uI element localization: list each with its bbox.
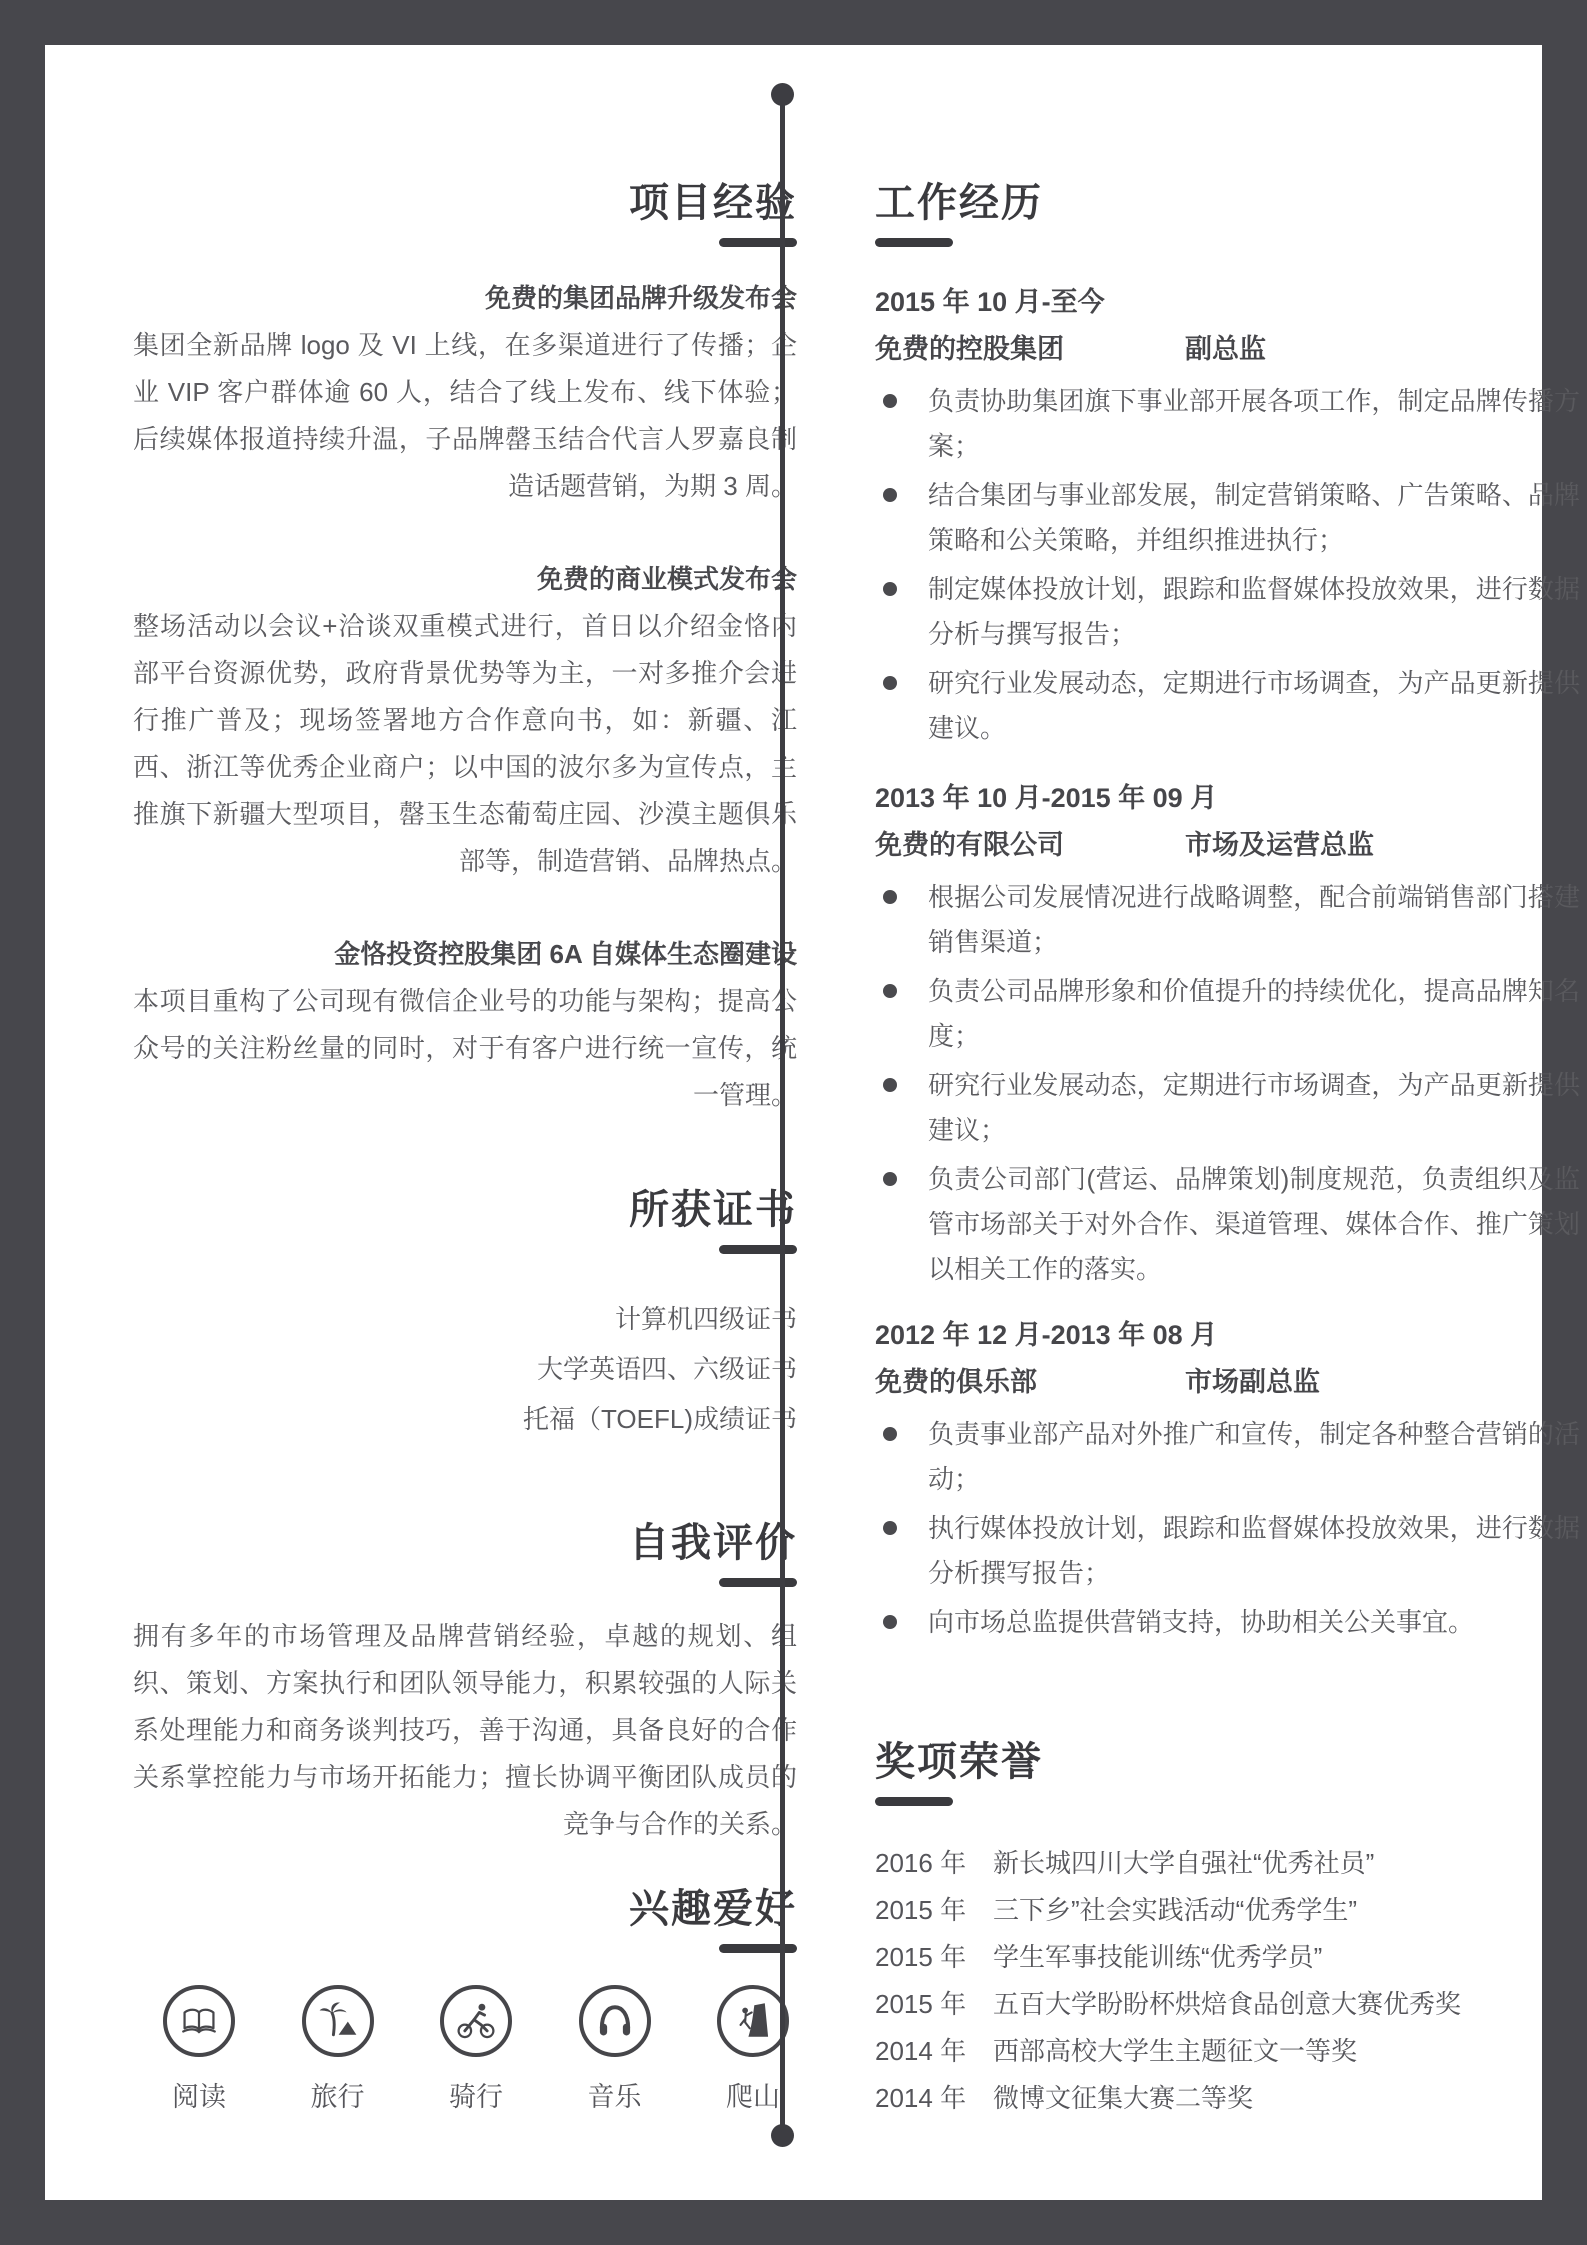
section-hobbies: 兴趣爱好 阅读 <box>133 1886 797 2114</box>
hobby-item: 音乐 <box>579 1985 651 2114</box>
award-text: 新长城四川大学自强社“优秀社员” <box>993 1840 1374 1887</box>
bullet-dot <box>883 984 897 998</box>
section-certificates: 所获证书 计算机四级证书 大学英语四、六级证书 托福（TOEFL)成绩证书 <box>133 1187 797 1444</box>
hobby-item: 骑行 <box>440 1985 512 2114</box>
bullet-text: 负责事业部产品对外推广和宣传，制定各种整合营销的活动； <box>928 1412 1580 1502</box>
heading-underline <box>875 1797 953 1806</box>
bullet-dot <box>883 1172 897 1186</box>
work-heading: 工作经历 <box>875 180 1580 226</box>
bullet-text: 负责公司品牌形象和价值提升的持续优化，提高品牌知名度； <box>928 969 1580 1059</box>
award-text: 三下乡”社会实践活动“优秀学生” <box>993 1887 1357 1934</box>
hobby-row: 阅读 旅行 <box>133 1985 797 2114</box>
hobby-label: 爬山 <box>717 2075 789 2114</box>
section-awards: 奖项荣誉 2016 年新长城四川大学自强社“优秀社员” 2015 年三下乡”社会… <box>875 1739 1580 2122</box>
award-row: 2014 年西部高校大学生主题征文一等奖 <box>875 2028 1580 2075</box>
hobby-label: 阅读 <box>163 2075 235 2114</box>
job-bullet: 研究行业发展动态，定期进行市场调查，为产品更新提供建议。 <box>875 661 1580 751</box>
bullet-text: 结合集团与事业部发展，制定营销策略、广告策略、品牌策略和公关策略，并组织推进执行… <box>928 473 1580 563</box>
bullet-text: 负责公司部门(营运、品牌策划)制度规范，负责组织及监管市场部关于对外合作、渠道管… <box>928 1157 1580 1292</box>
bullet-dot <box>883 890 897 904</box>
section-work-experience: 工作经历 2015 年 10 月-至今 免费的控股集团 副总监 负责协助集团旗下… <box>875 180 1580 1645</box>
bullet-dot <box>883 488 897 502</box>
job-company: 免费的有限公司 <box>875 830 1064 860</box>
cycling-icon <box>440 1985 512 2057</box>
certificates-heading: 所获证书 <box>133 1187 797 1233</box>
award-year: 2014 年 <box>875 2028 993 2075</box>
job-bullet-list: 负责协助集团旗下事业部开展各项工作，制定品牌传播方案； 结合集团与事业部发展，制… <box>875 379 1580 751</box>
bullet-dot <box>883 1521 897 1535</box>
job-bullet: 负责公司品牌形象和价值提升的持续优化，提高品牌知名度； <box>875 969 1580 1059</box>
job-date: 2013 年 10 月-2015 年 09 月 <box>875 775 1580 822</box>
hobby-item: 旅行 <box>302 1985 374 2114</box>
book-icon <box>163 1985 235 2057</box>
award-row: 2015 年学生军事技能训练“优秀学员” <box>875 1934 1580 1981</box>
job-bullet: 向市场总监提供营销支持，协助相关公关事宜。 <box>875 1600 1580 1645</box>
bullet-dot <box>883 394 897 408</box>
job-entry: 2013 年 10 月-2015 年 09 月 免费的有限公司 市场及运营总监 … <box>875 775 1580 1292</box>
job-company-line: 免费的有限公司 市场及运营总监 <box>875 822 1580 869</box>
left-column: 项目经验 免费的集团品牌升级发布会 集团全新品牌 logo 及 VI 上线，在多… <box>133 180 797 2114</box>
hobby-item: 阅读 <box>163 1985 235 2114</box>
job-bullet: 负责公司部门(营运、品牌策划)制度规范，负责组织及监管市场部关于对外合作、渠道管… <box>875 1157 1580 1292</box>
job-title: 副总监 <box>1185 326 1266 373</box>
project-title: 金恪投资控股集团 6A 自媒体生态圈建设 <box>133 931 797 978</box>
job-bullet: 结合集团与事业部发展，制定营销策略、广告策略、品牌策略和公关策略，并组织推进执行… <box>875 473 1580 563</box>
right-column: 工作经历 2015 年 10 月-至今 免费的控股集团 副总监 负责协助集团旗下… <box>875 180 1580 2122</box>
job-bullet: 研究行业发展动态，定期进行市场调查，为产品更新提供建议； <box>875 1063 1580 1153</box>
bullet-dot <box>883 1078 897 1092</box>
hobby-label: 旅行 <box>302 2075 374 2114</box>
certificate-item: 计算机四级证书 <box>133 1294 797 1344</box>
job-company-line: 免费的俱乐部 市场副总监 <box>875 1359 1580 1406</box>
palm-tree-icon <box>302 1985 374 2057</box>
award-row: 2016 年新长城四川大学自强社“优秀社员” <box>875 1840 1580 1887</box>
job-bullet: 执行媒体投放计划，跟踪和监督媒体投放效果，进行数据分析撰写报告； <box>875 1506 1580 1596</box>
bullet-text: 负责协助集团旗下事业部开展各项工作，制定品牌传播方案； <box>928 379 1580 469</box>
bullet-text: 研究行业发展动态，定期进行市场调查，为产品更新提供建议； <box>928 1063 1580 1153</box>
projects-heading: 项目经验 <box>133 180 797 226</box>
bullet-text: 制定媒体投放计划，跟踪和监督媒体投放效果，进行数据分析与撰写报告； <box>928 567 1580 657</box>
heading-underline <box>719 1944 797 1953</box>
project-body: 本项目重构了公司现有微信企业号的功能与架构；提高公众号的关注粉丝量的同时，对于有… <box>133 978 797 1119</box>
project-title: 免费的商业模式发布会 <box>133 556 797 603</box>
project-body: 整场活动以会议+洽谈双重模式进行，首日以介绍金恪内部平台资源优势，政府背景优势等… <box>133 603 797 885</box>
job-bullet-list: 负责事业部产品对外推广和宣传，制定各种整合营销的活动； 执行媒体投放计划，跟踪和… <box>875 1412 1580 1645</box>
job-date: 2015 年 10 月-至今 <box>875 279 1580 326</box>
section-self-evaluation: 自我评价 拥有多年的市场管理及品牌营销经验，卓越的规划、组织、策划、方案执行和团… <box>133 1520 797 1848</box>
job-bullet: 负责协助集团旗下事业部开展各项工作，制定品牌传播方案； <box>875 379 1580 469</box>
award-row: 2015 年五百大学盼盼杯烘焙食品创意大赛优秀奖 <box>875 1981 1580 2028</box>
job-bullet: 制定媒体投放计划，跟踪和监督媒体投放效果，进行数据分析与撰写报告； <box>875 567 1580 657</box>
headphones-icon <box>579 1985 651 2057</box>
awards-heading: 奖项荣誉 <box>875 1739 1580 1785</box>
job-title: 市场副总监 <box>1185 1359 1320 1406</box>
job-title: 市场及运营总监 <box>1185 822 1374 869</box>
self-evaluation-heading: 自我评价 <box>133 1520 797 1566</box>
certificate-item: 大学英语四、六级证书 <box>133 1344 797 1394</box>
timeline-dot-top <box>771 83 794 106</box>
bullet-text: 向市场总监提供营销支持，协助相关公关事宜。 <box>928 1600 1580 1645</box>
job-bullet: 根据公司发展情况进行战略调整，配合前端销售部门搭建销售渠道； <box>875 875 1580 965</box>
certificate-list: 计算机四级证书 大学英语四、六级证书 托福（TOEFL)成绩证书 <box>133 1294 797 1444</box>
climbing-icon <box>717 1985 789 2057</box>
job-company: 免费的俱乐部 <box>875 1367 1037 1397</box>
heading-underline <box>875 238 953 247</box>
certificate-item: 托福（TOEFL)成绩证书 <box>133 1394 797 1444</box>
award-text: 学生军事技能训练“优秀学员” <box>993 1934 1322 1981</box>
job-company: 免费的控股集团 <box>875 334 1064 364</box>
heading-underline <box>719 1578 797 1587</box>
bullet-dot <box>883 582 897 596</box>
job-bullet: 负责事业部产品对外推广和宣传，制定各种整合营销的活动； <box>875 1412 1580 1502</box>
bullet-text: 研究行业发展动态，定期进行市场调查，为产品更新提供建议。 <box>928 661 1580 751</box>
resume-page: 项目经验 免费的集团品牌升级发布会 集团全新品牌 logo 及 VI 上线，在多… <box>45 45 1542 2200</box>
heading-underline <box>719 238 797 247</box>
timeline-dot-bottom <box>771 2124 794 2147</box>
award-year: 2015 年 <box>875 1981 993 2028</box>
hobby-label: 骑行 <box>440 2075 512 2114</box>
heading-underline <box>719 1245 797 1254</box>
award-text: 五百大学盼盼杯烘焙食品创意大赛优秀奖 <box>993 1981 1461 2028</box>
section-projects: 项目经验 免费的集团品牌升级发布会 集团全新品牌 logo 及 VI 上线，在多… <box>133 180 797 1119</box>
job-entry: 2015 年 10 月-至今 免费的控股集团 副总监 负责协助集团旗下事业部开展… <box>875 279 1580 751</box>
job-bullet-list: 根据公司发展情况进行战略调整，配合前端销售部门搭建销售渠道； 负责公司品牌形象和… <box>875 875 1580 1292</box>
project-body: 集团全新品牌 logo 及 VI 上线，在多渠道进行了传播；企业 VIP 客户群… <box>133 322 797 510</box>
bullet-dot <box>883 1615 897 1629</box>
bullet-dot <box>883 1427 897 1441</box>
bullet-dot <box>883 676 897 690</box>
job-company-line: 免费的控股集团 副总监 <box>875 326 1580 373</box>
hobby-item: 爬山 <box>717 1985 789 2114</box>
bullet-text: 根据公司发展情况进行战略调整，配合前端销售部门搭建销售渠道； <box>928 875 1580 965</box>
hobby-label: 音乐 <box>579 2075 651 2114</box>
hobbies-heading: 兴趣爱好 <box>133 1886 797 1932</box>
award-text: 微博文征集大赛二等奖 <box>993 2075 1253 2122</box>
job-date: 2012 年 12 月-2013 年 08 月 <box>875 1312 1580 1359</box>
award-year: 2015 年 <box>875 1887 993 1934</box>
award-year: 2015 年 <box>875 1934 993 1981</box>
award-list: 2016 年新长城四川大学自强社“优秀社员” 2015 年三下乡”社会实践活动“… <box>875 1840 1580 2122</box>
award-row: 2014 年微博文征集大赛二等奖 <box>875 2075 1580 2122</box>
bullet-text: 执行媒体投放计划，跟踪和监督媒体投放效果，进行数据分析撰写报告； <box>928 1506 1580 1596</box>
job-entry: 2012 年 12 月-2013 年 08 月 免费的俱乐部 市场副总监 负责事… <box>875 1312 1580 1645</box>
timeline-divider <box>780 95 785 2135</box>
award-year: 2016 年 <box>875 1840 993 1887</box>
award-row: 2015 年三下乡”社会实践活动“优秀学生” <box>875 1887 1580 1934</box>
project-title: 免费的集团品牌升级发布会 <box>133 275 797 322</box>
award-year: 2014 年 <box>875 2075 993 2122</box>
award-text: 西部高校大学生主题征文一等奖 <box>993 2028 1357 2075</box>
self-evaluation-body: 拥有多年的市场管理及品牌营销经验，卓越的规划、组织、策划、方案执行和团队领导能力… <box>133 1613 797 1848</box>
